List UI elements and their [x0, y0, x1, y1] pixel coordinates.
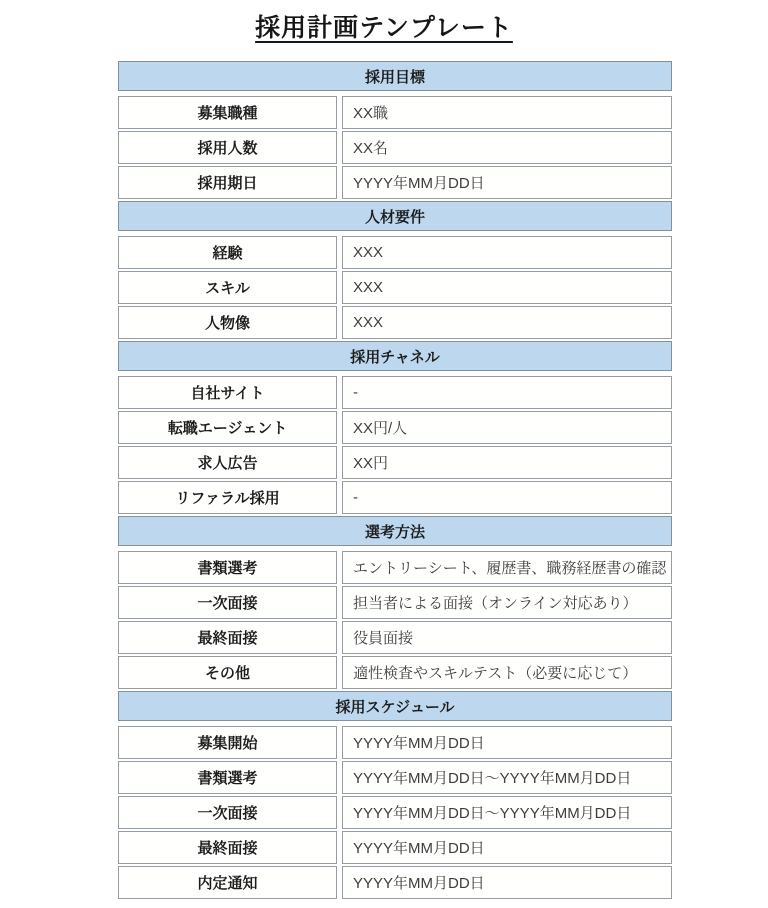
table-row: 採用人数 XX名 [118, 131, 672, 164]
row-label-cell: 一次面接 [118, 586, 337, 619]
row-label-cell: 転職エージェント [118, 411, 337, 444]
section-header: 採用スケジュール [118, 691, 672, 721]
row-label-cell: 募集開始 [118, 726, 337, 759]
row-label-cell: 求人広告 [118, 446, 337, 479]
table-row: 書類選考 エントリーシート、履歴書、職務経歴書の確認 [118, 551, 672, 584]
table-row: リファラル採用 - [118, 481, 672, 514]
table-row: 募集職種 XX職 [118, 96, 672, 129]
row-value-cell: YYYY年MM月DD日 [342, 831, 672, 864]
row-value-cell: XX名 [342, 131, 672, 164]
table-row: 求人広告 XX円 [118, 446, 672, 479]
table-row: 募集開始 YYYY年MM月DD日 [118, 726, 672, 759]
section-header: 採用チャネル [118, 341, 672, 371]
row-value-cell: XX職 [342, 96, 672, 129]
row-label-cell: その他 [118, 656, 337, 689]
section-recruitment-goals: 採用目標 募集職種 XX職 採用人数 XX名 採用期日 YYYY年MM月DD日 [118, 61, 672, 199]
row-value-cell: XXX [342, 271, 672, 304]
row-label-cell: 採用人数 [118, 131, 337, 164]
row-value-cell: - [342, 481, 672, 514]
row-label-cell: 一次面接 [118, 796, 337, 829]
section-recruitment-channels: 採用チャネル 自社サイト - 転職エージェント XX円/人 求人広告 XX円 リ… [118, 341, 672, 514]
row-label-cell: 採用期日 [118, 166, 337, 199]
row-value-cell: YYYY年MM月DD日 [342, 166, 672, 199]
row-label-cell: 書類選考 [118, 761, 337, 794]
row-value-cell: XX円/人 [342, 411, 672, 444]
table-row: 経験 XXX [118, 236, 672, 269]
row-value-cell: 担当者による面接（オンライン対応あり） [342, 586, 672, 619]
row-label-cell: 経験 [118, 236, 337, 269]
row-label-cell: スキル [118, 271, 337, 304]
table-row: 自社サイト - [118, 376, 672, 409]
table-row: 転職エージェント XX円/人 [118, 411, 672, 444]
row-value-cell: 役員面接 [342, 621, 672, 654]
recruitment-plan-table: 採用目標 募集職種 XX職 採用人数 XX名 採用期日 YYYY年MM月DD日 … [118, 61, 672, 899]
row-value-cell: XXX [342, 306, 672, 339]
section-selection-method: 選考方法 書類選考 エントリーシート、履歴書、職務経歴書の確認 一次面接 担当者… [118, 516, 672, 689]
table-row: 採用期日 YYYY年MM月DD日 [118, 166, 672, 199]
row-label-cell: 自社サイト [118, 376, 337, 409]
row-label-cell: 内定通知 [118, 866, 337, 899]
row-label-cell: 最終面接 [118, 831, 337, 864]
table-row: その他 適性検査やスキルテスト（必要に応じて） [118, 656, 672, 689]
table-row: スキル XXX [118, 271, 672, 304]
row-value-cell: 適性検査やスキルテスト（必要に応じて） [342, 656, 672, 689]
row-value-cell: エントリーシート、履歴書、職務経歴書の確認 [342, 551, 672, 584]
table-row: 内定通知 YYYY年MM月DD日 [118, 866, 672, 899]
row-label-cell: 人物像 [118, 306, 337, 339]
row-label-cell: 書類選考 [118, 551, 337, 584]
row-value-cell: - [342, 376, 672, 409]
row-value-cell: YYYY年MM月DD日 [342, 866, 672, 899]
row-label-cell: 募集職種 [118, 96, 337, 129]
table-row: 人物像 XXX [118, 306, 672, 339]
row-value-cell: YYYY年MM月DD日～YYYY年MM月DD日 [342, 796, 672, 829]
section-header: 人材要件 [118, 201, 672, 231]
table-row: 最終面接 役員面接 [118, 621, 672, 654]
row-value-cell: XXX [342, 236, 672, 269]
row-value-cell: YYYY年MM月DD日 [342, 726, 672, 759]
page-title-text: 採用計画テンプレート [255, 14, 513, 42]
section-header: 選考方法 [118, 516, 672, 546]
document-page: 採用計画テンプレート 採用目標 募集職種 XX職 採用人数 XX名 採用期日 Y… [0, 0, 768, 908]
table-row: 書類選考 YYYY年MM月DD日～YYYY年MM月DD日 [118, 761, 672, 794]
table-row: 一次面接 担当者による面接（オンライン対応あり） [118, 586, 672, 619]
section-personnel-requirements: 人材要件 経験 XXX スキル XXX 人物像 XXX [118, 201, 672, 339]
row-label-cell: リファラル採用 [118, 481, 337, 514]
row-value-cell: YYYY年MM月DD日～YYYY年MM月DD日 [342, 761, 672, 794]
section-recruitment-schedule: 採用スケジュール 募集開始 YYYY年MM月DD日 書類選考 YYYY年MM月D… [118, 691, 672, 899]
row-label-cell: 最終面接 [118, 621, 337, 654]
page-title: 採用計画テンプレート [0, 0, 768, 46]
section-header: 採用目標 [118, 61, 672, 91]
table-row: 最終面接 YYYY年MM月DD日 [118, 831, 672, 864]
row-value-cell: XX円 [342, 446, 672, 479]
table-row: 一次面接 YYYY年MM月DD日～YYYY年MM月DD日 [118, 796, 672, 829]
